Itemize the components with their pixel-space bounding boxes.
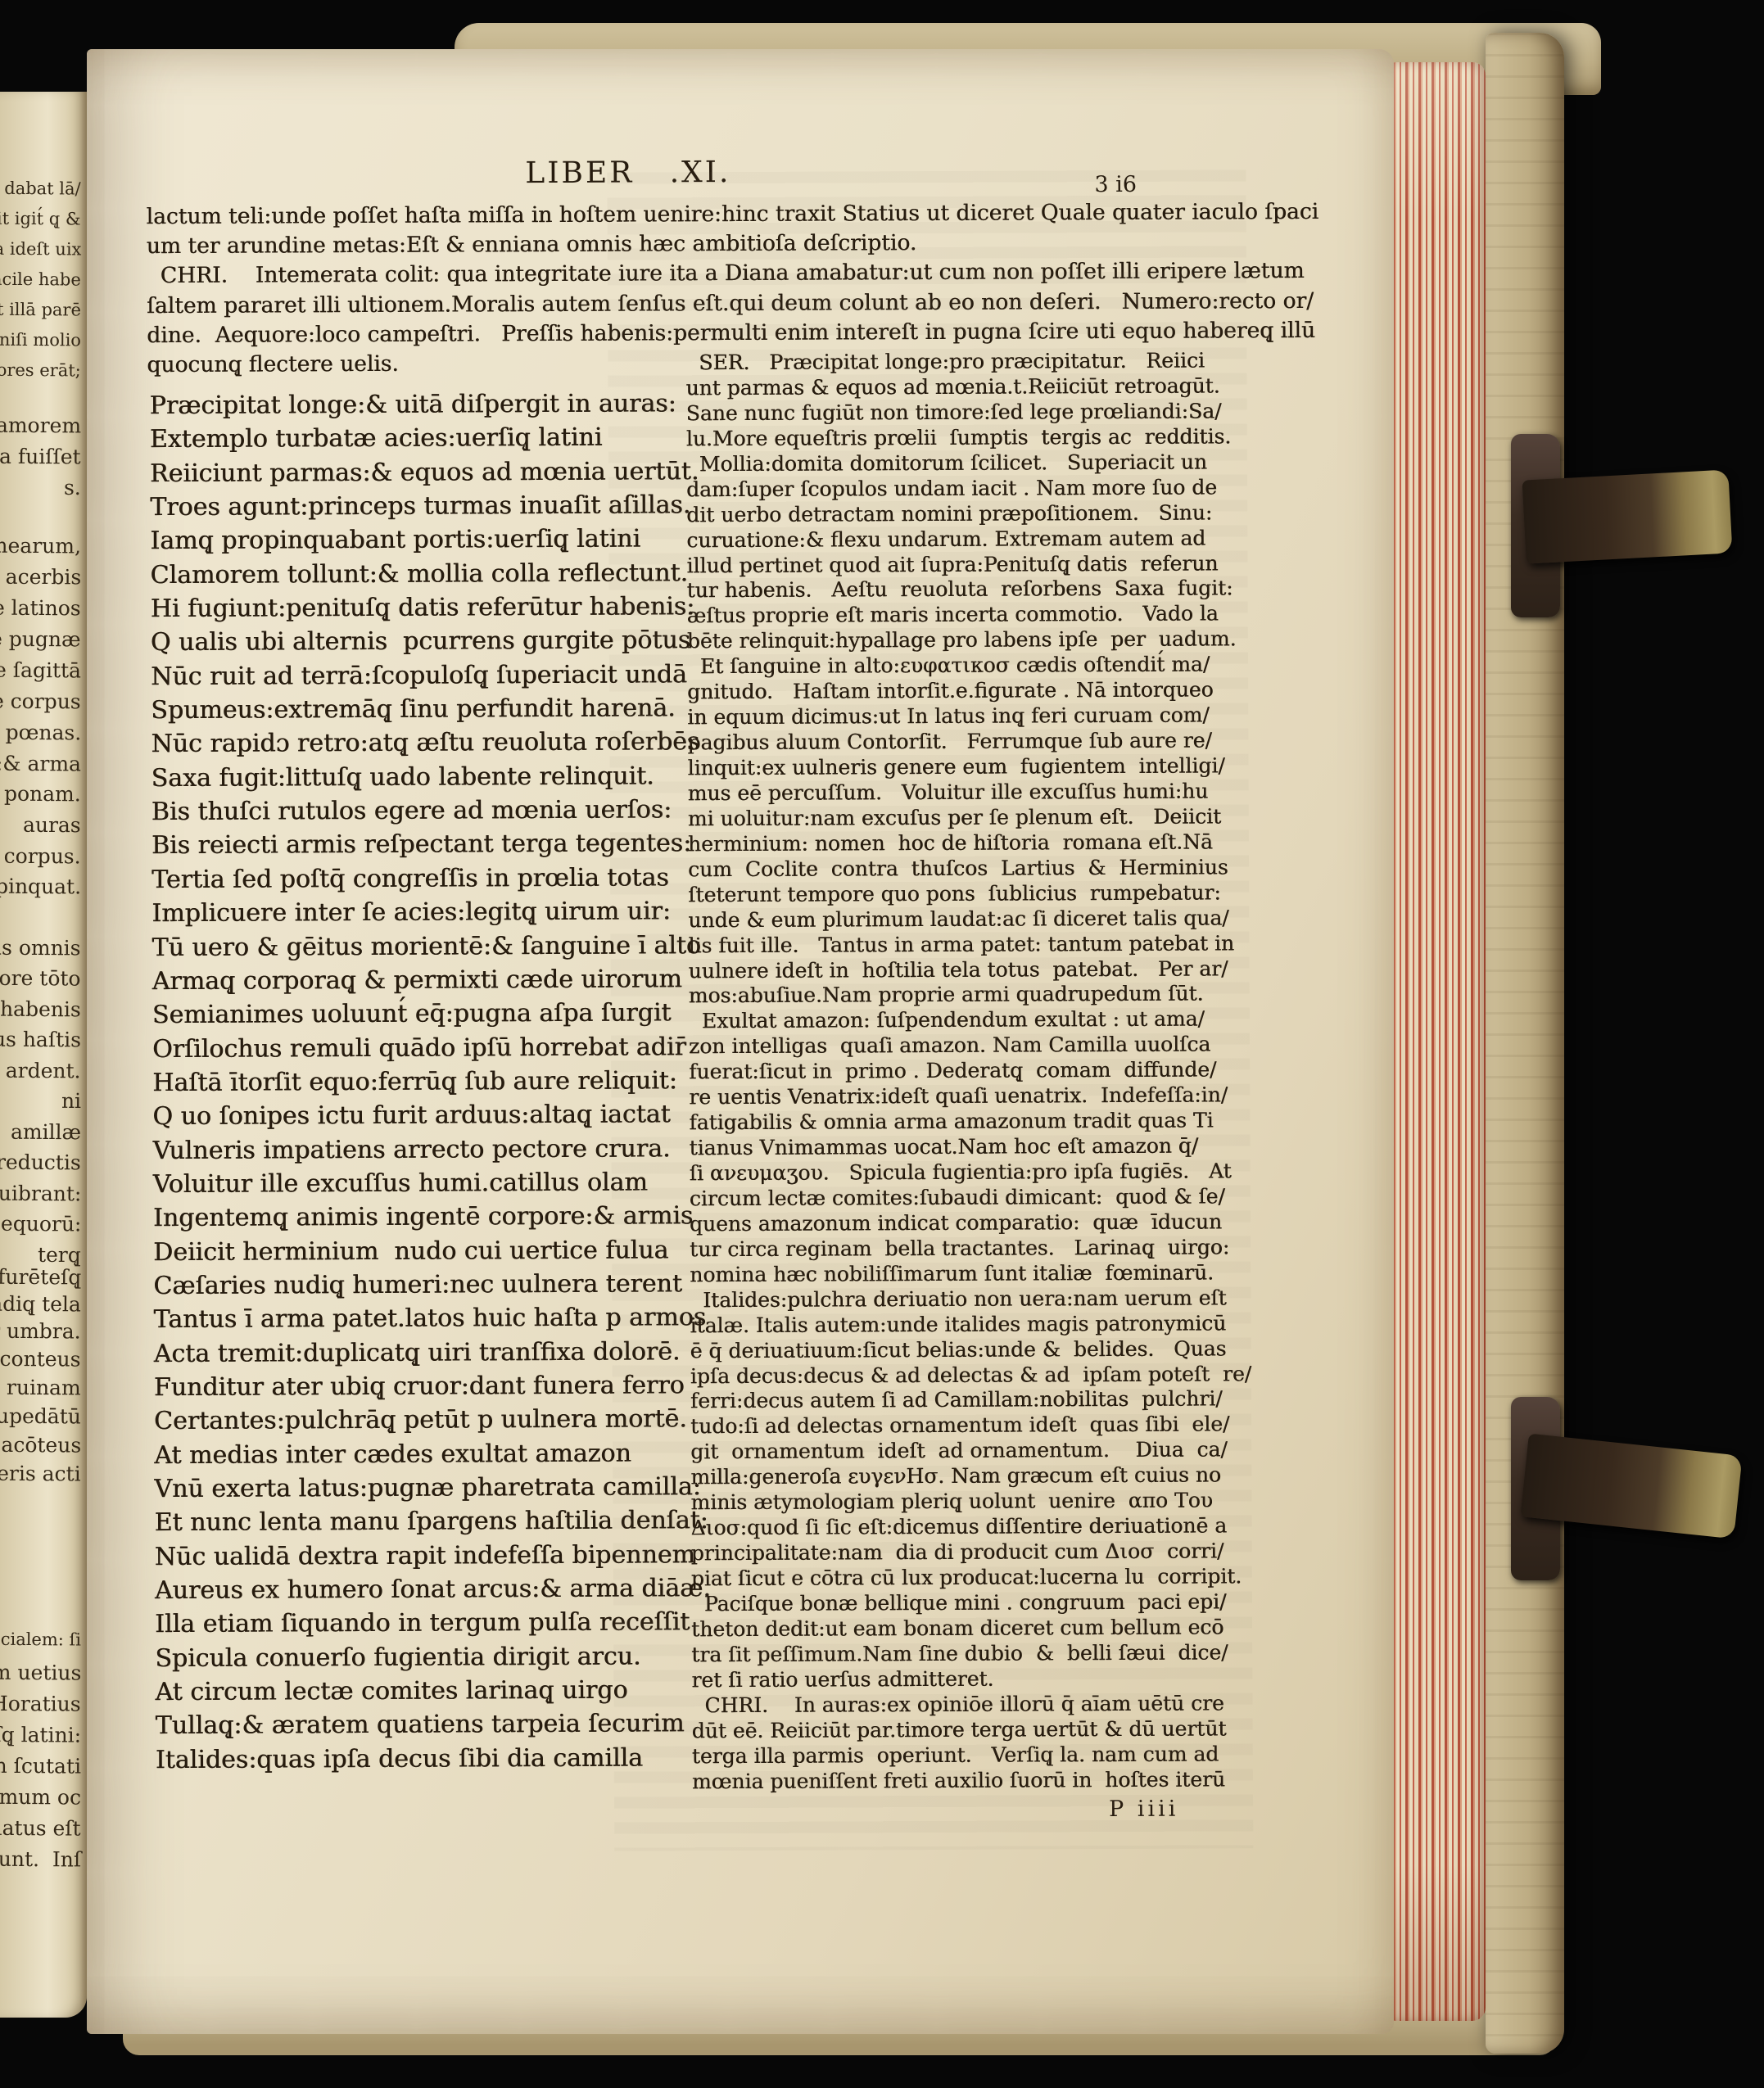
page-edge-text-fragment: is ardent. <box>0 1059 81 1083</box>
verse-line: Implicuere inter ſe acies:legitq̨ uirum … <box>152 894 692 930</box>
clasp-bottom <box>1511 1397 1757 1602</box>
verse-line: Q ualis ubi alternis pcurrens gurgite pō… <box>151 624 691 660</box>
verse-line: Clamorem tollunt:& mollia colla reflectu… <box>150 556 690 592</box>
page-edge-text-fragment: Celereſq̨ latini: <box>0 1722 81 1747</box>
commentary-line: re uentis Venatrix:ideſt quaſi uenatrix.… <box>689 1082 1262 1110</box>
page-edge-text-fragment: uſtores erāt; <box>0 360 81 381</box>
verse-line: Acta tremit:duplicatq̨ uiri tranſfixa do… <box>154 1335 694 1371</box>
page-edge-text-fragment: reductis <box>0 1150 81 1175</box>
page-edge-text-fragment: ni <box>61 1089 81 1113</box>
verse-line: Orſilochus remuli quādo ipſū horrebat ad… <box>152 1030 693 1066</box>
commentary-line: cum Coclite contra thuſcos Lartius & Her… <box>688 855 1261 883</box>
verse-line: Q uo ſonipes ictu furit arduus:altaq̨ ia… <box>152 1097 693 1133</box>
verse-line: Bis reiecti armis reſpectant terga tegen… <box>152 827 692 863</box>
page-edge-text-fragment: habenis <box>0 997 81 1022</box>
verse-line: Præcipitat longe:& uitā diſpergit in aur… <box>150 386 690 423</box>
commentary-line: Et ſanguine in alto:ευφατικοσ cædis oſte… <box>687 652 1260 680</box>
page-edge-text-fragment: tegunt. Inſ <box>0 1847 81 1872</box>
verse-line: Tullaq̨:& æratem quatiens tarpeia ſecuri… <box>156 1707 696 1743</box>
commentary-line: fatigabilis & omnia arma amazonum tradit… <box>689 1108 1262 1136</box>
commentary-line: Διοσ:quod ſi ſic eſt:dicemus diſſentire … <box>691 1513 1264 1541</box>
verse-line: Deiicit herminium nudo cui uertice fulua <box>153 1233 694 1269</box>
commentary-line: Exultat amazon: ſuſpendendum exultat : u… <box>689 1007 1262 1035</box>
commentary-line: tudo:ſi ad delectas ornamentum ideſt qua… <box>690 1412 1264 1440</box>
page-edge-text-fragment: cer aconteus <box>0 1346 81 1371</box>
page-edge-text-fragment: s. <box>64 476 81 499</box>
page-edge-text-fragment: ponam. <box>4 782 81 807</box>
page-edge-text-fragment: q̨ ruinam <box>0 1376 81 1400</box>
commentary-line: nomina hæc nobiliſſimarum ſunt italiæ fœ… <box>690 1260 1263 1288</box>
page-edge-text-fragment: d ſpecialem: ſi <box>0 1629 81 1649</box>
verse-line: Nūc ruit ad terrā:ſcopuloſq̨ ſuperiacit … <box>151 658 691 694</box>
commentary-line: æſtus proprie eſt maris incerta commotio… <box>687 602 1260 630</box>
page-edge-text-fragment: terq̨ <box>38 1243 81 1267</box>
page-edge-text-fragment: undiq̨ tela <box>0 1292 81 1317</box>
commentary-line: SER. Præcipitat longe:pro præcipitatur. … <box>685 348 1259 376</box>
page-edge-text-fragment: ne pugnæ <box>0 627 81 652</box>
commentary-line: linquit:ex uulneris genere eum fugientem… <box>687 753 1260 781</box>
verse-line: Nūc ualidā dextra rapit indefeſſa bipenn… <box>155 1538 695 1574</box>
commentary-column: SER. Præcipitat longe:pro præcipitatur. … <box>685 348 1265 1794</box>
folio-number: 3 i6 <box>1094 172 1137 197</box>
commentary-line: ē q̄ deriuatiuum:ſicut belias:unde & bel… <box>690 1336 1264 1364</box>
verse-line: Spicula conuerſo fugientia dirigit arcu. <box>155 1639 695 1675</box>
verse-line: Reiiciunt parmas:& equos ad mœnia uertūt… <box>150 454 690 490</box>
page-edge-text-fragment: amorem <box>0 414 81 438</box>
commentary-line: tur circa reginam bella tractantes. Lari… <box>690 1235 1263 1263</box>
commentary-line: zon intelligas quaſi amazon. Nam Camilla… <box>689 1033 1262 1060</box>
commentary-line: ſi ανευμαʒου. Spicula fugientia:pro ipſa… <box>690 1159 1263 1186</box>
clasp-strap <box>1522 469 1733 563</box>
page-edge-text-fragment: drupedātū <box>0 1404 81 1429</box>
page-edge-text-fragment: appellatus eſt <box>0 1815 81 1840</box>
verse-line: Italides:quas ipſa decus ſibi dia camill… <box>156 1741 696 1777</box>
page-edge-text-fragment: eſt facile habe <box>0 269 81 289</box>
verse-line: Semianimes uoluunt́ eq̄:pugna aſpa ſurgi… <box>152 996 693 1032</box>
commentary-line: tra ſit peſſimum.Nam ſine dubio & belli … <box>691 1640 1264 1668</box>
commentary-line: principalitate:nam dia di producit cum Δ… <box>691 1539 1264 1566</box>
quire-signature: P iiii <box>1109 1796 1178 1822</box>
commentary-line: in equum dicimus:ut In latus inq̨ feri c… <box>687 703 1260 730</box>
verse-line: Illa etiam ſiquando in tergum pulſa rece… <box>155 1606 695 1642</box>
commentary-line: bēte relinquit:hypallage pro labens ipſe… <box>687 627 1260 655</box>
verse-line: Haſtā ītorſit equo:ferrūq̨ ſub aure reli… <box>152 1064 693 1100</box>
page-edge-text-fragment: entum ſcutati <box>0 1753 81 1778</box>
verse-line: Vnū exerta latus:pugnæ pharetrata camill… <box>154 1470 694 1506</box>
commentary-line: tur habenis. Aeſtu reuoluta reſorbens Sa… <box>687 576 1260 604</box>
clasp-top <box>1511 434 1757 630</box>
page-edge-text-fragment: onderis acti <box>0 1461 81 1485</box>
commentary-line: Mollia:domita domitorum ſcilicet. Superi… <box>686 450 1260 477</box>
verse-line: Bis thuſci rutulos egere ad mœnia uerſos… <box>152 793 692 829</box>
verse-line: Tū uero & gēitus morientē:& ſanguine ī a… <box>152 929 692 965</box>
page-edge-text-fragment: amillæ <box>11 1120 81 1145</box>
commentary-line: gnitudo. Haſtam intorſit.e.figurate . Nā… <box>687 677 1260 705</box>
verse-line: Nūc rapidɔ retro:atq̨ æſtu reuoluta roſe… <box>151 725 691 762</box>
parchment-cover-fore-edge <box>1486 33 1564 2054</box>
page-edge-text-fragment: et:niſi molio <box>0 330 81 350</box>
book-page: LIBER .XI. 3 i6 lactum teli:unde poſſet … <box>87 49 1394 2034</box>
commentary-line: lactum teli:unde poſſet haſta miſſa in h… <box>147 197 1252 232</box>
previous-page-edge: s nō dabat lā/ndit igit́ q̨ &ntia ideſt … <box>0 92 87 2018</box>
commentary-line: milla:generoſa ευγενHσ. Nam græcum eſt c… <box>690 1462 1264 1490</box>
page-edge-text-fragment: s nō dabat lā/ <box>0 178 81 198</box>
page-edge-text-fragment: ne ſagittā <box>0 658 81 683</box>
page-edge-text-fragment: eddit illā parē <box>0 299 81 319</box>
page-edge-text-fragment: us:& arma <box>0 752 81 776</box>
commentary-line: dūt eē. Reiiciūt par.timore terga uertūt… <box>692 1716 1265 1744</box>
page-edge-text-fragment: cit equorū: <box>0 1212 81 1236</box>
verse-line: Ingentemq̨ animis ingentē corpore:& armi… <box>153 1200 694 1236</box>
page-edge-text-fragment: ē acerbis <box>0 565 81 590</box>
page-edge-text-fragment: ie pœnas. <box>0 721 81 745</box>
commentary-line: circum lectæ comites:ſubaudi dimicant: q… <box>690 1184 1263 1212</box>
verse-line: Certantes:pulchrāq̨ petūt p uulnera mort… <box>154 1403 694 1439</box>
page-edge-text-fragment: autem uetius <box>0 1660 81 1684</box>
verse-column: Præcipitat longe:& uitā diſpergit in aur… <box>150 386 696 1777</box>
page-edge-text-fragment: ntia ideſt uix <box>0 239 81 260</box>
verse-line: Saxa fugit:littuſq̨ uado labente relinqu… <box>152 759 692 795</box>
verse-line: Hi fugiunt:penituſq̨ datis referūtur hab… <box>151 590 691 626</box>
commentary-line: Italides:pulchra deriuatio non uera:nam … <box>690 1286 1263 1313</box>
verse-line: At medias inter cædes exultat amazon <box>154 1436 694 1472</box>
commentary-line: terga illa parmis operiunt. Verſiq̨ la. … <box>692 1742 1265 1769</box>
page-edge-text-fragment: a mearum, <box>0 534 81 558</box>
page-edge-text-fragment: auras <box>23 813 81 837</box>
commentary-line: illud pertinet quod ait ſupra:Penituſq̨ … <box>686 551 1260 579</box>
commentary-line: tianus Vnimammas uocat.Nam hoc eſt amazo… <box>690 1133 1263 1161</box>
page-edge-text-fragment: a uibrant: <box>0 1182 81 1206</box>
commentary-line: unt parmas & equos ad mœnia.t.Reiiciūt r… <box>685 373 1259 401</box>
page-edge-text-fragment: re:furēteſq̨ <box>0 1265 81 1290</box>
commentary-line: um ter arundine metas:Eſt & enniana omni… <box>147 227 1252 261</box>
page-edge-text-fragment: ota fuiſſet <box>0 445 81 469</box>
commentary-line: ret ſi ratio uerſus admitteret. <box>691 1665 1264 1693</box>
commentary-line: Paciſque bonæ bellique mini . congruum p… <box>691 1589 1264 1617</box>
commentary-line: pagibus aluum Contorſit. Ferrumque ſub a… <box>687 728 1260 756</box>
commentary-line: CHRI. Intemerata colit: qua integritate … <box>147 257 1252 292</box>
commentary-line: uulnere ideſt in hoſtilia tela totus pat… <box>689 956 1262 984</box>
page-edge-text-fragment: us omnis <box>0 936 81 960</box>
commentary-line: dine. Aequore:loco campeſtri. Preſſis ha… <box>147 316 1252 350</box>
commentary-line: minis ætymologiam pleriq̨ uolunt uenire … <box>690 1488 1264 1516</box>
commentary-line: mi uoluitur:nam excuſus per ſe plenum eſ… <box>688 804 1261 832</box>
commentary-line: unde & eum plurimum laudat:ac ſi diceret… <box>688 906 1261 933</box>
book-photograph: s nō dabat lā/ndit igit́ q̨ &ntia ideſt … <box>0 0 1764 2088</box>
commentary-line: fuerat:ſicut in primo . Dederatq̨ comam … <box>689 1057 1262 1085</box>
commentary-line: quens amazonum indicat comparatio: quæ ī… <box>690 1209 1263 1237</box>
verse-line: Funditur ater ubiq̨ cruor:dant funera fe… <box>154 1368 694 1404</box>
verse-line: Et nunc lenta manu ſpargens haſtilia den… <box>154 1504 694 1540</box>
verse-line: Iamq̨ propinquabant portis:uerſiq̨ latin… <box>150 522 690 558</box>
verse-line: Troes agunt:princeps turmas inuaſit aſil… <box>150 488 690 524</box>
commentary-line: dit uerbo detractam nomini præpoſitionem… <box>686 500 1260 528</box>
commentary-line: theton dedit:ut eam bonam diceret cum be… <box>691 1615 1264 1643</box>
page-edge-text-fragment: unde Horatius <box>0 1691 81 1715</box>
commentary-line: ipſa decus:decus & ad delectas & ad ipſa… <box>690 1362 1264 1390</box>
commentary-line: ſteterunt tempore quo pons ſublicius rum… <box>688 880 1261 908</box>
page-edge-text-fragment: æquore tōto <box>0 965 81 990</box>
commentary-line: piat ſicut e cōtra cū lux producat:lucer… <box>691 1564 1264 1592</box>
verse-line: Armaq̨ corporaq̨ & permixti cæde uirorum <box>152 962 693 998</box>
page-edge-text-fragment: ppinquat. <box>0 875 81 899</box>
verse-line: Aureus ex humero ſonat arcus:& arma diāæ… <box>155 1571 695 1607</box>
commentary-line: CHRI. In auras:ex opiniōe illorū q̄ aīam… <box>691 1691 1264 1719</box>
page-edge-text-fragment: us haſtis <box>0 1028 81 1052</box>
commentary-line: mus eē percuſſum. Voluitur ille excuſſus… <box>688 779 1261 807</box>
verse-line: Spumeus:extremāq̨ ſinu perfundit harenā. <box>151 691 691 727</box>
verse-line: Extemplo turbatæ acies:uerſiq̨ latini <box>150 421 690 457</box>
commentary-line: dam:ſuper ſcopulos undam iacit . Nam mor… <box>686 475 1260 503</box>
commentary-line: ferri:decus autem ſi ad Camillam:nobilit… <box>690 1387 1264 1415</box>
running-title: LIBER .XI. <box>525 156 730 190</box>
page-edge-text-fragment: r Remum oc <box>0 1784 81 1809</box>
commentary-line: curuatione:& flexu undarum. Extremam aut… <box>686 526 1260 554</box>
commentary-line: mœnia pueniſſent freti auxilio ſuorū in … <box>692 1767 1265 1795</box>
page-edge-text-fragment: e corpus. <box>0 844 81 869</box>
commentary-line: herminium: nomen hoc de hiſtoria romana … <box>688 829 1261 857</box>
verse-line: At circum lectæ comites larinaq̨ uirgo <box>155 1673 695 1709</box>
commentary-line: mos:abuſiue.Nam proprie armi quadrupedum… <box>689 982 1262 1010</box>
verse-line: Tantus ī arma patet.latos huic haſta p a… <box>153 1301 694 1337</box>
verse-line: Tertia ſed poſtq̄ congreſſis in prœlia t… <box>152 861 692 897</box>
page-content: LIBER .XI. 3 i6 lactum teli:unde poſſet … <box>83 47 1399 2037</box>
page-edge-text-fragment: itur umbra. <box>0 1318 81 1343</box>
verse-line: Vulneris impatiens arrecto pectore crura… <box>152 1132 693 1168</box>
commentary-line: ſaltem pararet illi ultionem.Moralis aut… <box>147 287 1252 321</box>
commentary-line: git ornamentum ideſt ad ornamentum. Diua… <box>690 1438 1264 1466</box>
commentary-line: lis fuit ille. Tantus in arma patet: tan… <box>688 931 1261 959</box>
commentary-line: Sane nunc fugiūt non timore:ſed lege prœ… <box>686 399 1260 427</box>
verse-line: Cæſaries nudiq̨ humeri:nec uulnera teren… <box>153 1267 694 1303</box>
page-edge-text-fragment: e corpus <box>0 689 81 714</box>
red-stained-fore-edge <box>1392 62 1486 2021</box>
page-edge-text-fragment: ndit igit́ q̨ & <box>0 209 81 229</box>
page-edge-text-fragment: e latinos <box>0 596 81 621</box>
commentary-line: lu.More equeſtris prœlii ſumptis tergis … <box>686 424 1260 452</box>
commentary-line: italæ. Italis autem:unde italides magis … <box>690 1311 1263 1339</box>
verse-line: Voluitur ille excuſſus humi.catillus ola… <box>153 1165 694 1201</box>
page-edge-text-fragment: uſſus acōteus <box>0 1432 81 1457</box>
